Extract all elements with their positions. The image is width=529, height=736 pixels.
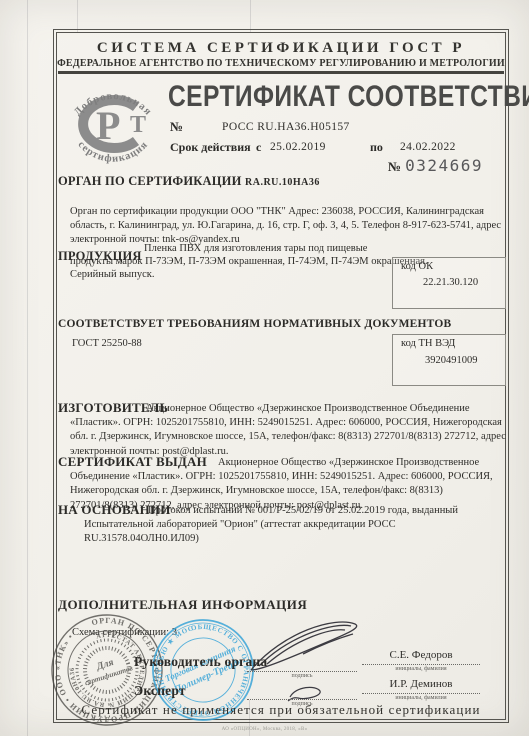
conformity-section-label: СООТВЕТСТВУЕТ ТРЕБОВАНИЯМ НОРМАТИВНЫХ ДО…: [58, 318, 451, 330]
ok-code-label: код ОК: [401, 261, 433, 272]
blank-number-sign: №: [388, 159, 401, 174]
head-signature-line: [247, 671, 357, 672]
head-name: С.Е. Федоров: [362, 649, 480, 661]
body-accreditation-code: RA.RU.10HA36: [245, 177, 320, 188]
expert-label: Эксперт: [134, 683, 186, 699]
header-divider: [58, 71, 504, 74]
logo-letter-t: Т: [130, 112, 146, 138]
certificate-page: СИСТЕМА СЕРТИФИКАЦИИ ГОСТ Р ФЕДЕРАЛЬНОЕ …: [0, 0, 529, 736]
expert-name-caption: инициалы, фамилия: [362, 695, 480, 701]
valid-to-label: по: [370, 140, 383, 155]
expert-signature-line: [247, 699, 357, 700]
rst-logo-icon: Р Т Добровольная сертификация: [58, 76, 166, 177]
logo-letter-r: Р: [96, 103, 120, 148]
tn-ved-value: 3920491009: [425, 355, 478, 366]
certificate-number-label: №: [170, 119, 183, 135]
head-signature-caption: подпись: [247, 673, 357, 679]
body-section-label: ОРГАН ПО СЕРТИФИКАЦИИ: [58, 174, 242, 189]
scan-crease-line: [77, 0, 78, 33]
basis-text: Протокол испытаний № 001/Р-25/02/19 от 2…: [84, 504, 496, 547]
manufacturer-text: Акционерное Общество «Дзержинское Произв…: [70, 402, 508, 459]
head-of-body-label: Руководитель органа: [134, 654, 267, 670]
expert-name-line: [362, 693, 480, 694]
head-name-line: [362, 664, 480, 665]
system-title: СИСТЕМА СЕРТИФИКАЦИИ ГОСТ Р: [56, 40, 506, 57]
scan-crease-line: [250, 0, 251, 32]
blank-number-row: № 0324669: [388, 156, 483, 176]
head-name-caption: инициалы, фамилия: [362, 666, 480, 672]
printer-info: АО «ОПЦИОН», Москва, 2018, «В»: [0, 727, 529, 732]
tn-ved-code-box: код ТН ВЭД 3920491009: [392, 334, 506, 386]
product-line-2: продукты марок П-73ЭМ, П-73ЭМ окрашенная…: [70, 256, 428, 267]
scan-crease-line: [27, 0, 28, 736]
validity-label: Срок действия: [170, 140, 251, 155]
product-line-3: Серийный выпуск.: [70, 269, 154, 280]
valid-from-date: 25.02.2019: [270, 141, 326, 153]
valid-from-label: с: [256, 140, 261, 155]
conformity-standard: ГОСТ 25250-88: [72, 338, 142, 349]
body-address-text: Орган по сертификации продукции ООО "ТНК…: [70, 205, 507, 248]
ok-code-value: 22.21.30.120: [423, 277, 478, 288]
ok-code-box: код ОК 22.21.30.120: [392, 257, 506, 309]
certificate-title: СЕРТИФИКАТ СООТВЕТСТВИЯ: [168, 80, 529, 114]
bottom-note: Сертификат не применяется при обязательн…: [56, 702, 506, 718]
tn-ved-label: код ТН ВЭД: [401, 338, 455, 349]
blank-number: 0324669: [405, 156, 483, 175]
certificate-number: РОСС RU.HA36.H05157: [222, 121, 350, 133]
agency-title: ФЕДЕРАЛЬНОЕ АГЕНТСТВО ПО ТЕХНИЧЕСКОМУ РЕ…: [56, 58, 506, 69]
product-line-1: Пленка ПВХ для изготовления тары под пищ…: [144, 243, 367, 254]
valid-to-date: 24.02.2022: [400, 141, 456, 153]
expert-name: И.Р. Деминов: [362, 678, 480, 690]
